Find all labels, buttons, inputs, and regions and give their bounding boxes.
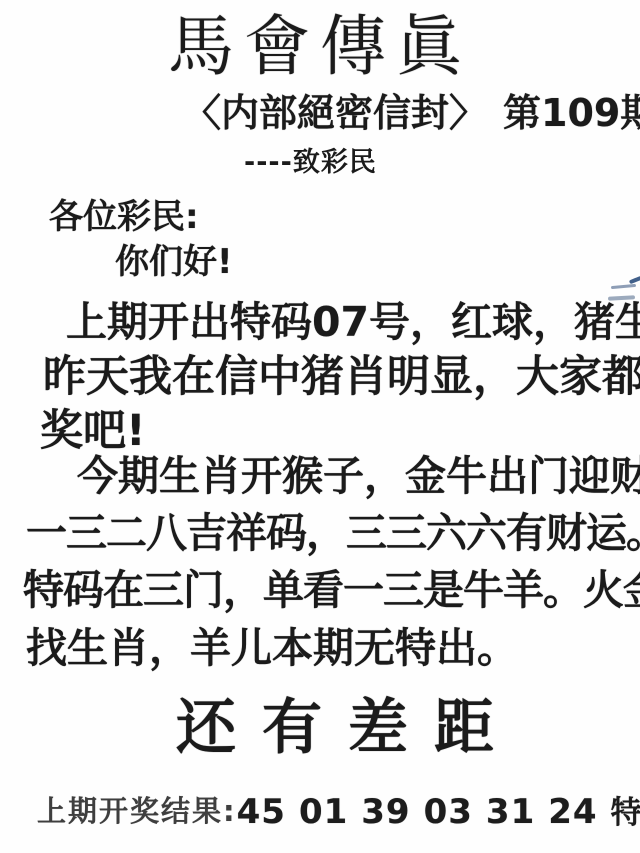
subtitle-issue-number: 第109期 <box>503 91 640 135</box>
page-title: 馬會傳眞 <box>0 14 640 80</box>
letter-line: 找生肖，羊儿本期无特出。 <box>26 628 518 669</box>
result-special-number: 特07 <box>611 795 640 831</box>
result-number: 01 <box>299 792 348 832</box>
result-number: 24 <box>548 792 597 832</box>
fax-letter-page: 馬會傳眞 〈内部絕密信封〉第109期 ----致彩民 各位彩民: 你们好! 上期… <box>0 0 640 853</box>
letter-line: 一三二八吉祥码，三三六六有财运。本期 <box>26 513 640 554</box>
pen-stroke <box>629 276 640 284</box>
salutation: 各位彩民: <box>49 200 199 234</box>
letter-line: 上期开出特码07号，红球，猪生肖。 <box>66 302 640 343</box>
page-subtitle: 〈内部絕密信封〉第109期 <box>183 94 640 132</box>
result-number: 31 <box>486 792 535 832</box>
pen-stroke <box>611 284 636 289</box>
result-number: 39 <box>361 792 410 832</box>
pen-stroke <box>608 295 635 300</box>
result-number: 45 <box>237 792 286 832</box>
result-number: 03 <box>424 792 473 832</box>
subtitle-envelope: 〈内部絕密信封〉 <box>183 91 487 135</box>
result-label: 上期开奖结果: <box>37 794 237 828</box>
letter-line: 今期生肖开猴子，金牛出门迎财神。 <box>77 456 640 497</box>
slogan-text: 还有差距 <box>176 698 520 758</box>
letter-line: 昨天我在信中猪肖明显，大家都中了大 <box>43 356 640 399</box>
previous-draw-result-line: 上期开奖结果:450139033124特07 <box>37 795 640 829</box>
greeting: 你们好! <box>115 245 233 279</box>
letter-line: 特码在三门，单看一三是牛羊。火金土里 <box>23 570 640 611</box>
pen-scribble-mark-icon <box>608 278 640 306</box>
letter-line: 奖吧! <box>40 410 146 453</box>
dedication-line: ----致彩民 <box>244 149 377 176</box>
